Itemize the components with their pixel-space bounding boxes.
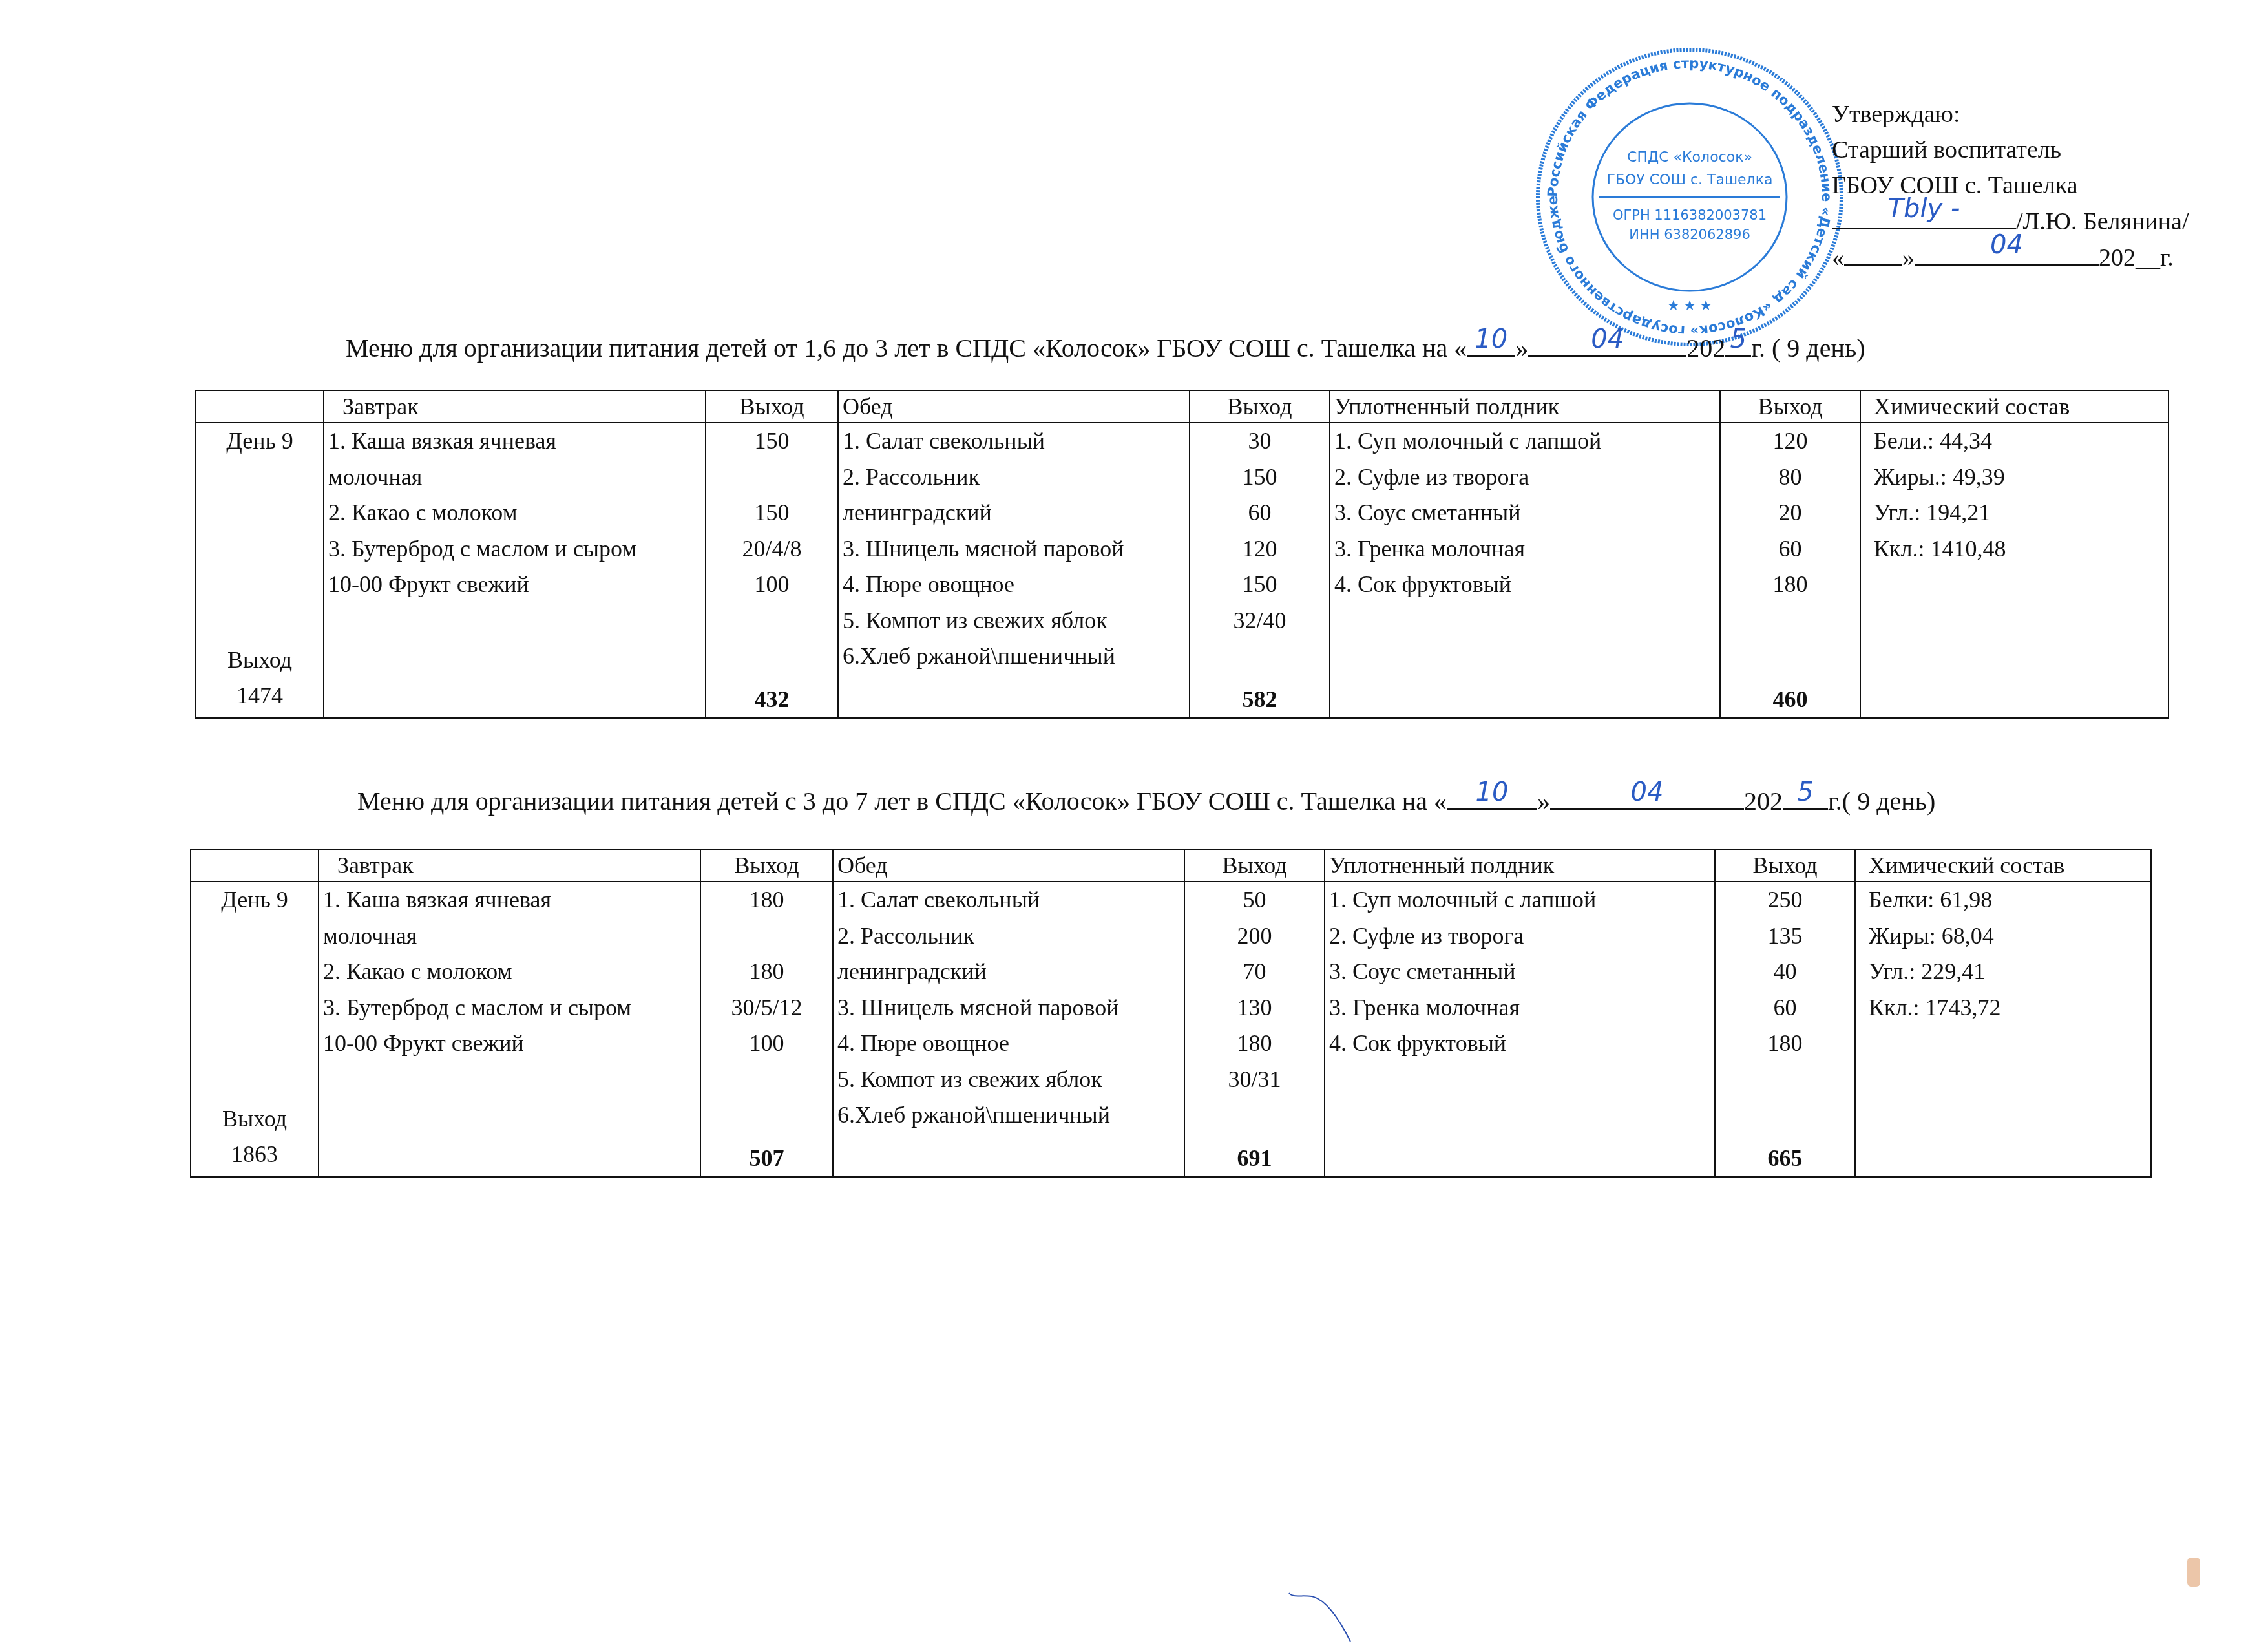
snack_out-line: 120 <box>1725 423 1856 460</box>
day-label: День 9 <box>200 423 319 459</box>
snack_out-line: 40 <box>1719 954 1851 990</box>
header-breakfast: Завтрак <box>319 849 700 882</box>
snack-line: 3. Соус сметанный <box>1329 954 1710 990</box>
lunch-line: 4. Пюре овощное <box>837 1026 1180 1062</box>
snack_out-line: 135 <box>1719 918 1851 955</box>
approval-day-field <box>1844 240 1902 266</box>
approval-block: Утверждаю: Старший воспитатель ГБОУ СОШ … <box>1832 97 2189 276</box>
stamp-line3: ОГРН 1116382003781 <box>1613 207 1767 223</box>
breakfast_out-line: 100 <box>710 567 834 603</box>
day-output-total: 1474 <box>196 678 323 713</box>
approval-position: Старший воспитатель <box>1832 132 2189 168</box>
menu-title-1: Меню для организации питания детей от 1,… <box>346 331 1865 363</box>
snack_out-line: 80 <box>1725 460 1856 496</box>
snack-line: 4. Сок фруктовый <box>1334 567 1716 603</box>
day-cell: День 9 Выход1863 <box>191 882 319 1177</box>
header-snack-yield: Выход <box>1715 849 1855 882</box>
stamp-line1: СПДС «Колосок» <box>1627 149 1752 165</box>
table-row: День 9 Выход1474 1. Каша вязкая ячневаям… <box>196 423 2168 718</box>
header-chemical: Химический состав <box>1860 390 2168 423</box>
chem-line: Угл.: 229,41 <box>1869 954 2147 990</box>
approval-month-handwritten: 04 <box>1915 227 2099 263</box>
lunch_out-line: 50 <box>1189 882 1320 918</box>
snack-line: 3. Гренка молочная <box>1329 990 1710 1026</box>
snack-items: 1. Суп молочный с лапшой2. Суфле из твор… <box>1325 882 1715 1177</box>
lunch_out-line: 200 <box>1189 918 1320 955</box>
chem-line: Жиры: 68,04 <box>1869 918 2147 955</box>
breakfast-line: 1. Каша вязкая ячневая <box>328 423 701 460</box>
day-label: День 9 <box>195 882 314 918</box>
lunch_out-line: 180 <box>1189 1026 1320 1062</box>
lunch-items: 1. Салат свекольный2. Рассольникленингра… <box>838 423 1190 718</box>
table-header-row: Завтрак Выход Обед Выход Уплотненный пол… <box>196 390 2168 423</box>
header-snack-yield: Выход <box>1720 390 1860 423</box>
lunch_out-line: 30/31 <box>1189 1062 1320 1098</box>
breakfast-line: 3. Бутерброд с маслом и сыром <box>328 531 701 567</box>
snack_out-line: 180 <box>1725 567 1856 603</box>
snack-line: 1. Суп молочный с лапшой <box>1329 882 1710 918</box>
chem-line: Угл.: 194,21 <box>1874 495 2164 531</box>
breakfast-yields: 150 15020/4/8100432 <box>706 423 838 718</box>
lunch_out-line <box>1189 1097 1320 1134</box>
breakfast_out-line: 20/4/8 <box>710 531 834 567</box>
snack-line: 4. Сок фруктовый <box>1329 1026 1710 1062</box>
snack_out-line: 60 <box>1719 990 1851 1026</box>
breakfast_out-line: 30/5/12 <box>705 990 828 1026</box>
menu1-month-field: 04 <box>1528 331 1686 357</box>
breakfast_out-line <box>710 460 834 496</box>
lunch-total-yield: 582 <box>1190 682 1329 718</box>
chem-line: Бели.: 44,34 <box>1874 423 2164 460</box>
menu-table-2: Завтрак Выход Обед Выход Уплотненный пол… <box>190 849 2152 1178</box>
snack_out-line: 20 <box>1725 495 1856 531</box>
lunch-line: 1. Салат свекольный <box>837 882 1180 918</box>
lunch_out-line: 30 <box>1194 423 1325 460</box>
breakfast_out-line: 150 <box>710 423 834 460</box>
lunch-line: 6.Хлеб ржаной\пшеничный <box>837 1097 1180 1134</box>
chemical-composition: Бели.: 44,34Жиры.: 49,39Угл.: 194,21Ккл.… <box>1860 423 2168 718</box>
breakfast-items: 1. Каша вязкая ячневаямолочная2. Какао с… <box>319 882 700 1177</box>
snack_out-line: 60 <box>1725 531 1856 567</box>
chem-line: Ккл.: 1743,72 <box>1869 990 2147 1026</box>
header-breakfast-yield: Выход <box>700 849 833 882</box>
menu2-year-field: 5 <box>1783 784 1828 810</box>
header-breakfast-yield: Выход <box>706 390 838 423</box>
day-output: Выход1474 <box>196 642 323 713</box>
lunch_out-line: 60 <box>1194 495 1325 531</box>
breakfast-total-yield: 432 <box>706 682 837 718</box>
breakfast-items: 1. Каша вязкая ячневаямолочная2. Какао с… <box>324 423 706 718</box>
lunch_out-line: 32/40 <box>1194 603 1325 639</box>
breakfast-line: молочная <box>323 918 696 955</box>
lunch-line: ленинградский <box>843 495 1185 531</box>
breakfast_out-line: 100 <box>705 1026 828 1062</box>
approval-date-line: «»04202__г. <box>1832 240 2189 276</box>
header-lunch-yield: Выход <box>1190 390 1330 423</box>
snack-line: 3. Соус сметанный <box>1334 495 1716 531</box>
lunch-line: 4. Пюре овощное <box>843 567 1185 603</box>
lunch-items: 1. Салат свекольный2. Рассольникленингра… <box>833 882 1184 1177</box>
snack-items: 1. Суп молочный с лапшой2. Суфле из твор… <box>1330 423 1720 718</box>
breakfast_out-line: 180 <box>705 882 828 918</box>
menu2-month-field: 04 <box>1550 784 1744 810</box>
signature-field: Tbly - <box>1832 204 2016 229</box>
menu1-year-field: 5 <box>1725 331 1751 357</box>
table-row: День 9 Выход1863 1. Каша вязкая ячневаям… <box>191 882 2151 1177</box>
lunch-total-yield: 691 <box>1185 1141 1324 1177</box>
lunch_out-line <box>1194 639 1325 675</box>
snack_out-line: 250 <box>1719 882 1851 918</box>
lunch_out-line: 150 <box>1194 567 1325 603</box>
lunch-line: ленинградский <box>837 954 1180 990</box>
signature-handwritten: Tbly - <box>1832 191 2016 227</box>
breakfast-line: 2. Какао с молоком <box>328 495 701 531</box>
stamp-stars-icon: ★ ★ ★ <box>1667 297 1712 313</box>
breakfast_out-line: 150 <box>710 495 834 531</box>
breakfast-total-yield: 507 <box>701 1141 832 1177</box>
breakfast-yields: 180 18030/5/12100507 <box>700 882 833 1177</box>
day-cell: День 9 Выход1474 <box>196 423 324 718</box>
pen-mark <box>1286 1590 1363 1648</box>
header-lunch-yield: Выход <box>1184 849 1325 882</box>
header-lunch: Обед <box>833 849 1184 882</box>
snack-yields: 120802060180460 <box>1720 423 1860 718</box>
approval-month-field: 04 <box>1915 240 2099 266</box>
menu2-day-field: 10 <box>1447 784 1537 810</box>
lunch-yields: 301506012015032/40 582 <box>1190 423 1330 718</box>
breakfast_out-line: 180 <box>705 954 828 990</box>
menu-title-2: Меню для организации питания детей с 3 д… <box>357 784 1935 816</box>
header-snack: Уплотненный полдник <box>1325 849 1715 882</box>
approval-heading: Утверждаю: <box>1832 97 2189 132</box>
snack-total-yield: 665 <box>1716 1141 1854 1177</box>
approval-year: 202__г. <box>2099 244 2174 271</box>
header-empty <box>191 849 319 882</box>
lunch_out-line: 130 <box>1189 990 1320 1026</box>
lunch-line: 3. Шницель мясной паровой <box>837 990 1180 1026</box>
lunch-line: 3. Шницель мясной паровой <box>843 531 1185 567</box>
breakfast-line: 10-00 Фрукт свежий <box>328 567 701 603</box>
menu1-day-field: 10 <box>1467 331 1515 357</box>
stamp-line2: ГБОУ СОШ с. Ташелка <box>1607 172 1773 188</box>
breakfast_out-line <box>705 918 828 955</box>
official-stamp: Российская Федерация структурное подразд… <box>1531 45 1848 349</box>
lunch-line: 1. Салат свекольный <box>843 423 1185 460</box>
lunch-line: 2. Рассольник <box>837 918 1180 955</box>
breakfast-line: 2. Какао с молоком <box>323 954 696 990</box>
lunch-line: 6.Хлеб ржаной\пшеничный <box>843 639 1185 675</box>
lunch_out-line: 70 <box>1189 954 1320 990</box>
table-header-row: Завтрак Выход Обед Выход Уплотненный пол… <box>191 849 2151 882</box>
breakfast-line: молочная <box>328 460 701 496</box>
chem-line: Ккл.: 1410,48 <box>1874 531 2164 567</box>
chem-line: Жиры.: 49,39 <box>1874 460 2164 496</box>
day-output-total: 1863 <box>191 1137 318 1172</box>
lunch_out-line: 120 <box>1194 531 1325 567</box>
lunch-yields: 502007013018030/31 691 <box>1184 882 1325 1177</box>
snack-line: 1. Суп молочный с лапшой <box>1334 423 1716 460</box>
snack-line: 2. Суфле из творога <box>1329 918 1710 955</box>
header-snack: Уплотненный полдник <box>1330 390 1720 423</box>
header-chemical: Химический состав <box>1855 849 2151 882</box>
snack-yields: 2501354060180665 <box>1715 882 1855 1177</box>
snack-total-yield: 460 <box>1721 682 1860 718</box>
snack_out-line: 180 <box>1719 1026 1851 1062</box>
lunch-line: 2. Рассольник <box>843 460 1185 496</box>
snack-line: 2. Суфле из творога <box>1334 460 1716 496</box>
header-lunch: Обед <box>838 390 1190 423</box>
header-breakfast: Завтрак <box>324 390 706 423</box>
day-output: Выход1863 <box>191 1101 318 1172</box>
snack-line: 3. Гренка молочная <box>1334 531 1716 567</box>
breakfast-line: 1. Каша вязкая ячневая <box>323 882 696 918</box>
menu-table-1: Завтрак Выход Обед Выход Уплотненный пол… <box>195 390 2169 719</box>
paper-stain <box>2187 1558 2200 1587</box>
chemical-composition: Белки: 61,98Жиры: 68,04Угл.: 229,41Ккл.:… <box>1855 882 2151 1177</box>
breakfast-line: 3. Бутерброд с маслом и сыром <box>323 990 696 1026</box>
breakfast-line: 10-00 Фрукт свежий <box>323 1026 696 1062</box>
lunch_out-line: 150 <box>1194 460 1325 496</box>
lunch-line: 5. Компот из свежих яблок <box>843 603 1185 639</box>
lunch-line: 5. Компот из свежих яблок <box>837 1062 1180 1098</box>
chem-line: Белки: 61,98 <box>1869 882 2147 918</box>
stamp-line4: ИНН 6382062896 <box>1629 227 1750 242</box>
header-empty <box>196 390 324 423</box>
